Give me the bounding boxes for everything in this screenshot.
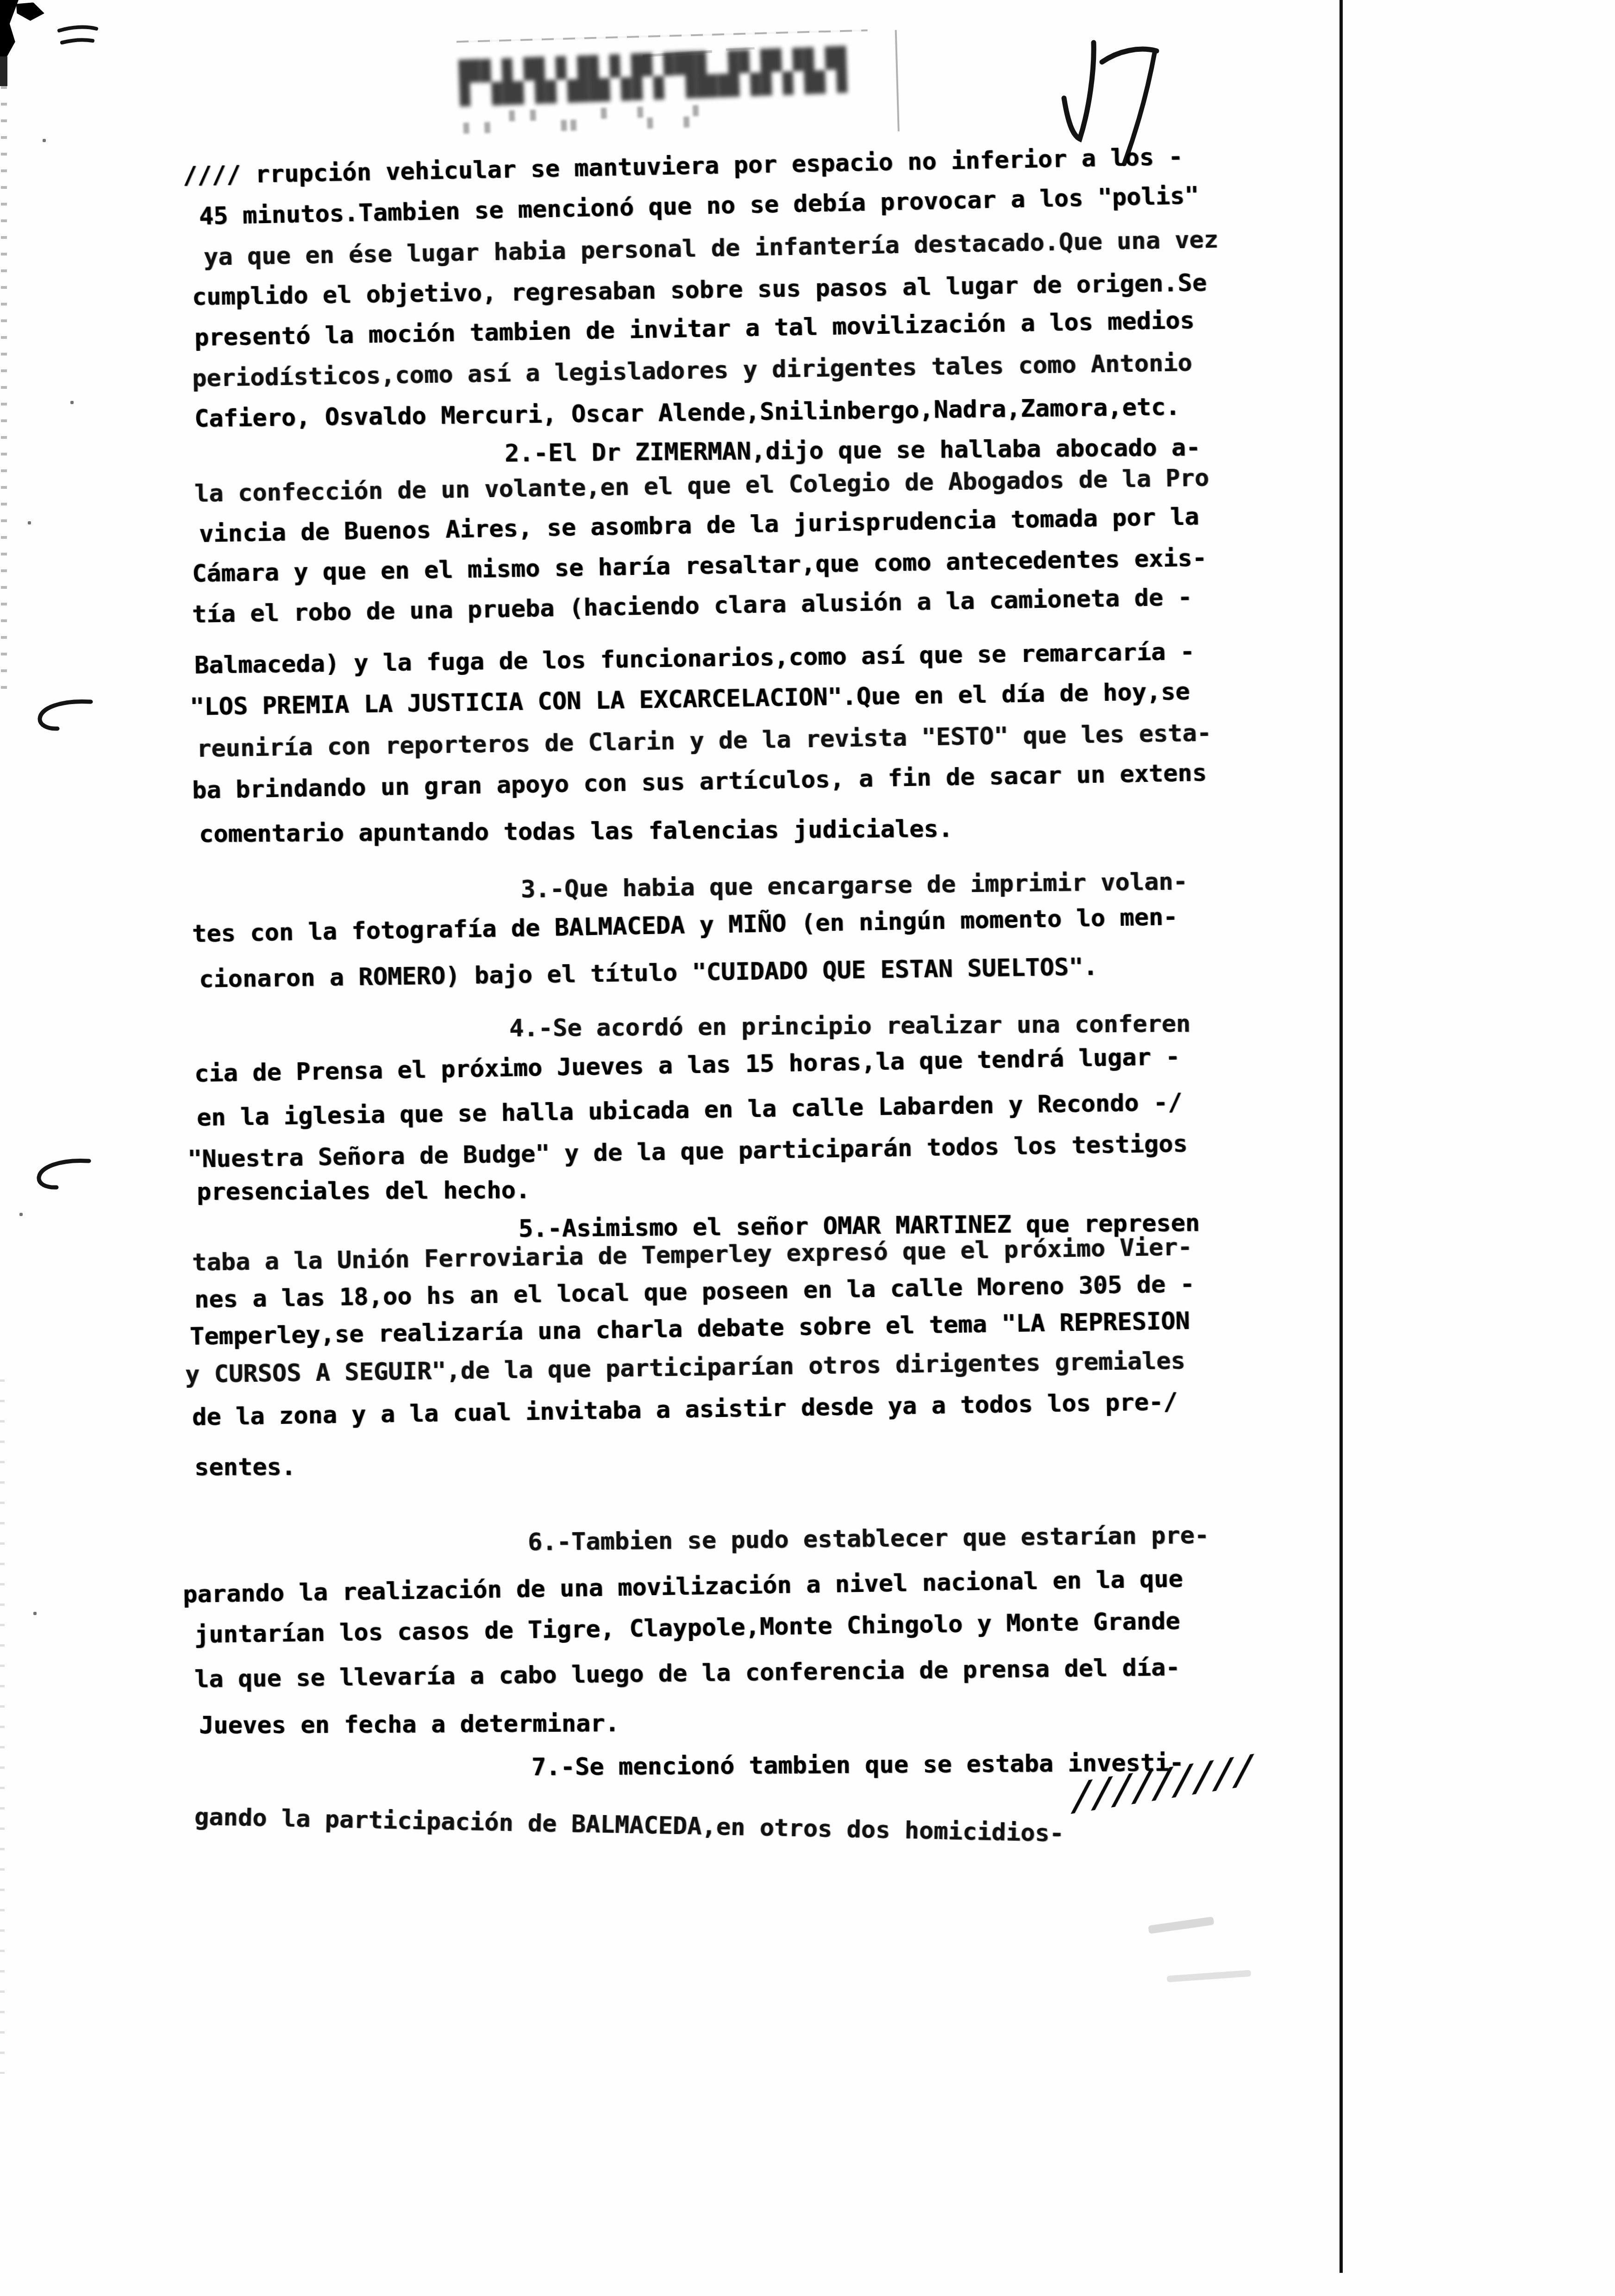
typed-line: en la iglesia que se halla ubicada en la…: [197, 1091, 1183, 1130]
scan-artifact: [0, 0, 19, 56]
typed-line: 45 minutos.Tambien se mencionó que no se…: [199, 184, 1199, 229]
typed-line: ya que en ése lugar habia personal de in…: [204, 228, 1219, 269]
typed-line: la que se llevaría a cabo luego de la co…: [194, 1655, 1180, 1691]
scan-artifact: [13, 0, 46, 24]
stamp-illegible-text: ▛▚▙▜▞▟▙▚▛▞▜▙▟▚▛▞▙▜: [459, 50, 848, 103]
typed-line: vincia de Buenos Aires, se asombra de la…: [199, 505, 1200, 546]
typed-line: de la zona y a la cual invitaba a asisti…: [192, 1390, 1178, 1429]
approx-equal-mark: [59, 27, 96, 43]
scan-fold-line: [1340, 0, 1343, 2273]
handwritten-number-57: [1102, 49, 1157, 62]
typed-line: tes con la fotografía de BALMACEDA y MIÑ…: [192, 905, 1178, 946]
typed-line: gando la participación de BALMACEDA,en o…: [194, 1805, 1064, 1846]
typed-line: Cámara y que en el mismo se haría resalt…: [192, 546, 1207, 586]
typed-line-numbered-item: 4.-Se acordó en principio realizar una c…: [509, 1012, 1191, 1041]
typed-line: parando la realización de una movilizaci…: [183, 1567, 1183, 1607]
typed-line: //// rrupción vehicular se mantuviera po…: [183, 145, 1183, 188]
typed-line: la confección de un volante,en el que el…: [194, 466, 1209, 506]
typed-line: y CURSOS A SEGUIR",de la que participarí…: [185, 1349, 1186, 1387]
typed-line: cionaron a ROMERO) bajo el título "CUIDA…: [199, 955, 1098, 992]
stamp-border: [895, 30, 900, 131]
typed-line: "Nuestra Señora de Budge" y de la que pa…: [188, 1132, 1188, 1172]
typed-line: taba a la Unión Ferroviaria de Temperley…: [192, 1235, 1193, 1275]
scan-smudge: [1148, 1916, 1214, 1934]
typed-line: presenciales del hecho.: [197, 1178, 530, 1204]
margin-c-mark: [40, 701, 91, 729]
scan-smudge: [1167, 1970, 1252, 1983]
typed-line: sentes.: [194, 1455, 296, 1479]
typed-line: Balmaceda) y la fuga de los funcionarios…: [194, 640, 1195, 678]
scan-speck: [33, 1612, 37, 1615]
typed-line: ba brindando un gran apoyo con sus artíc…: [192, 761, 1207, 803]
typed-line: presentó la moción tambien de invitar a …: [194, 308, 1195, 350]
scan-speck: [19, 1213, 23, 1216]
typed-line: Jueves en fecha a determinar.: [199, 1711, 620, 1738]
scan-speck: [70, 401, 74, 404]
scan-speckle-strip: [0, 1379, 5, 2074]
scanned-document-page: ▛▚▙▜▞▟▙▚▛▞▜▙▟▚▛▞▙▜ ▖▗ ▘▝ ▗▖ ▘ ▝▖ ▗▘ ////…: [0, 0, 1615, 2296]
typed-line: periodísticos,como así a legisladores y …: [192, 351, 1193, 391]
stamp-illegible-subtext: ▖▗ ▘▝ ▗▖ ▘ ▝▖ ▗▘: [463, 107, 708, 132]
scan-speckle-strip: [1, 86, 7, 697]
ink-stamp: ▛▚▙▜▞▟▙▚▛▞▜▙▟▚▛▞▙▜ ▖▗ ▘▝ ▗▖ ▘ ▝▖ ▗▘: [455, 29, 900, 148]
typed-line: juntarían los casos de Tigre, Claypole,M…: [194, 1609, 1180, 1647]
typed-line-numbered-item: 3.-Que habia que encargarse de imprimir …: [521, 869, 1188, 902]
typed-line-numbered-item: 6.-Tambien se pudo establecer que estarí…: [528, 1523, 1209, 1554]
typed-line: reuniría con reporteros de Clarin y de l…: [197, 721, 1212, 761]
handwritten-number-57: [1064, 43, 1094, 139]
typed-line-numbered-item: 2.-El Dr ZIMERMAN,dijo que se hallaba ab…: [505, 436, 1201, 466]
typed-line: Temperley,se realizaría una charla debat…: [190, 1309, 1190, 1349]
scan-speck: [43, 139, 46, 142]
typed-line: nes a las 18,oo hs an el local que posee…: [194, 1272, 1195, 1312]
typed-line: tía el robo de una prueba (haciendo clar…: [192, 585, 1193, 627]
scan-artifact: [0, 56, 7, 86]
typed-line: cia de Prensa el próximo Jueves a las 15…: [194, 1045, 1180, 1086]
typed-line: "LOS PREMIA LA JUSTICIA CON LA EXCARCELA…: [190, 680, 1190, 719]
stamp-border: [457, 29, 868, 43]
margin-c-mark: [39, 1160, 89, 1187]
typed-line: Cafiero, Osvaldo Mercuri, Oscar Alende,S…: [194, 395, 1180, 431]
scan-speck: [28, 521, 31, 524]
typed-line: cumplido el objetivo, regresaban sobre s…: [192, 271, 1207, 309]
typed-line: comentario apuntando todas las falencias…: [199, 817, 953, 846]
